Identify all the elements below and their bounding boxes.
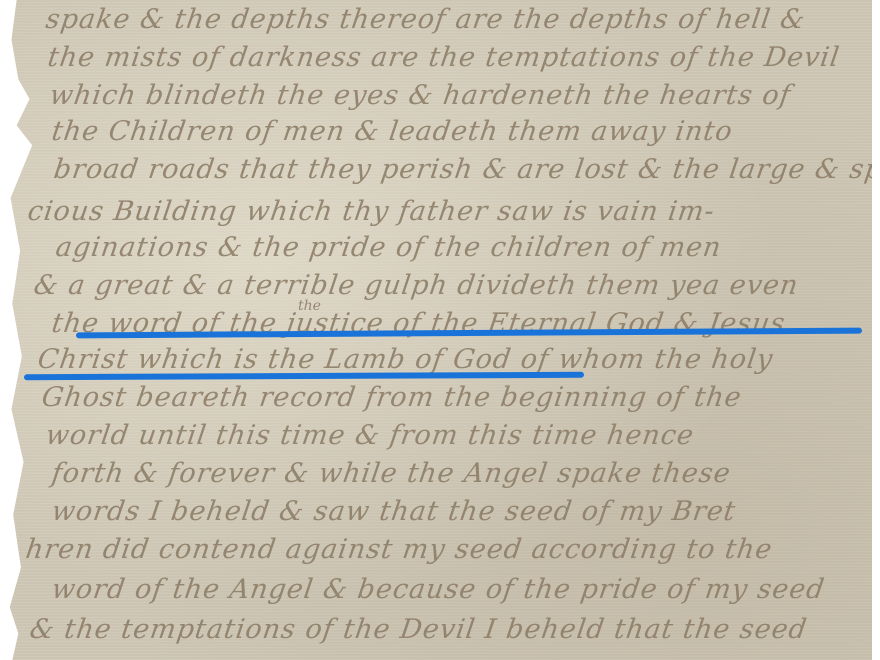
manuscript-line: aginations & the pride of the children o… bbox=[54, 232, 724, 263]
manuscript-line: Ghost beareth record from the beginning … bbox=[40, 382, 744, 413]
manuscript-line: & a great & a terrible gulph divideth th… bbox=[32, 270, 801, 301]
manuscript-line: the mists of darkness are the temptation… bbox=[46, 42, 842, 73]
manuscript-line: spake & the depths thereof are the depth… bbox=[44, 4, 808, 35]
manuscript-line: forth & forever & while the Angel spake … bbox=[50, 458, 733, 489]
manuscript-line: word of the Angel & because of the pride… bbox=[50, 574, 827, 605]
manuscript-line: the Children of men & leadeth them away … bbox=[50, 116, 735, 147]
manuscript-line: words I beheld & saw that the seed of my… bbox=[50, 496, 738, 527]
manuscript-line: Christ which is the Lamb of God of whom … bbox=[36, 344, 775, 375]
manuscript-line: hren did contend against my seed accordi… bbox=[24, 534, 775, 565]
manuscript-line: world until this time & from this time h… bbox=[44, 420, 696, 451]
manuscript-line: which blindeth the eyes & hardeneth the … bbox=[48, 80, 793, 111]
manuscript-line: & the temptations of the Devil I beheld … bbox=[28, 614, 809, 645]
manuscript-line: broad roads that they perish & are lost … bbox=[52, 154, 880, 185]
manuscript-line: cious Building which thy father saw is v… bbox=[26, 196, 717, 227]
